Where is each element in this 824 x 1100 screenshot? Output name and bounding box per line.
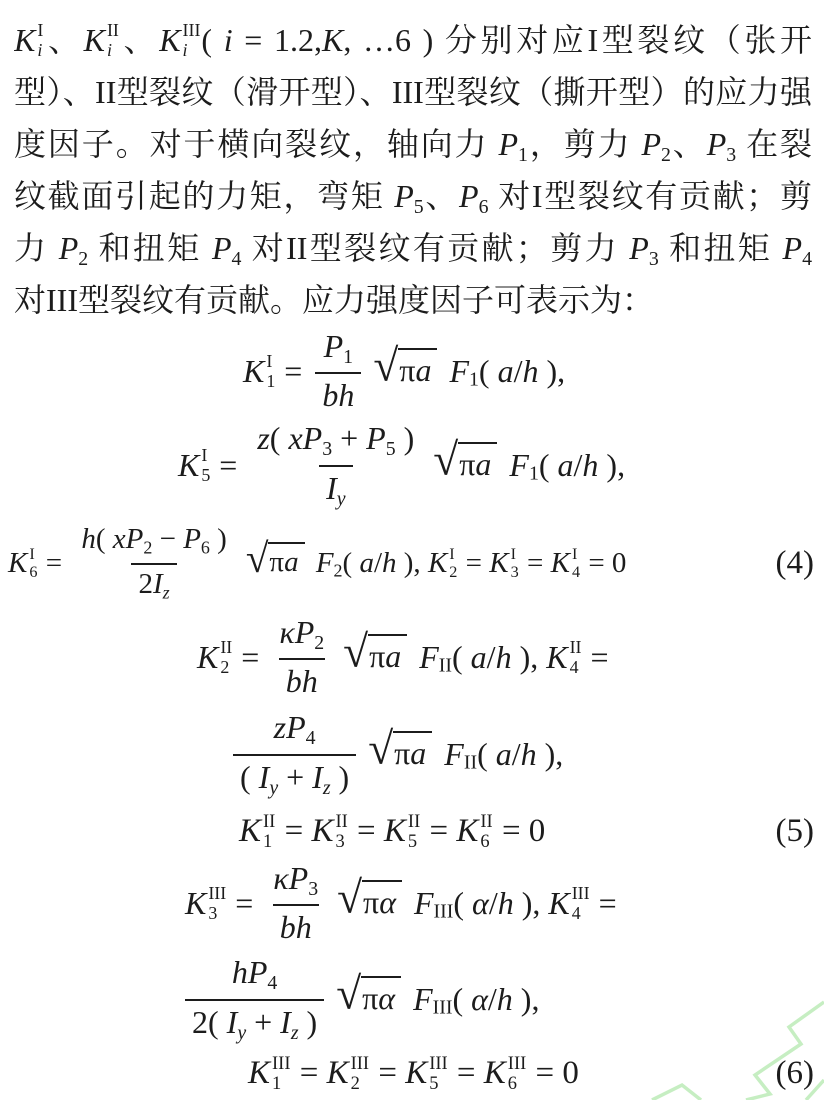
math-text: 2( [192, 1004, 227, 1040]
math-text: ) [210, 523, 227, 555]
math-text: 纹截面引起的力矩，弯矩 [14, 178, 394, 214]
math-text: / [374, 547, 382, 580]
math-base: K [327, 1055, 349, 1092]
math-base: K [548, 885, 569, 922]
math-text: = [583, 639, 617, 676]
equation-number: (4) [776, 545, 814, 582]
math-superscript: III [429, 1054, 447, 1073]
math-text: = [520, 547, 551, 580]
math-superscript: I [572, 546, 577, 563]
math-subscript: 2 [220, 658, 229, 676]
math-subscript: 2 [314, 631, 324, 653]
math-variable: bh [286, 663, 318, 699]
math-script-stack: Ii [37, 21, 43, 59]
math-text: π [394, 735, 410, 771]
math-variable: F [441, 353, 469, 390]
math-variable: P [498, 126, 518, 162]
math-base: K [14, 14, 35, 66]
fraction-denominator: 2( Iy + Iz ) [185, 999, 324, 1045]
equation-K2-II: KII2 = κP2bh√πa FII( a/h ), KII4 = [0, 612, 824, 702]
radical-sign-icon: √ [343, 630, 368, 675]
math-variable: I [259, 759, 270, 795]
math-text: 力 [14, 230, 59, 266]
math-text: ( [343, 547, 360, 580]
math-text: = [458, 547, 489, 580]
fraction-numerator: h( xP2 − P6 ) [74, 523, 233, 562]
math-subscript: 1 [518, 144, 528, 166]
equation-content: KI1 = P1bh√πa F1( a/h ), [243, 328, 565, 415]
math-text: = [591, 885, 625, 922]
math-subscript: z [163, 582, 170, 602]
math-variable: κP [273, 860, 308, 896]
math-text: ( [270, 420, 289, 456]
math-variable: a [385, 638, 401, 674]
math-subscript: 2 [143, 538, 152, 558]
equation-K3-III: KIII3 = κP3bh√πα FIII( α/h ), KIII4 = [0, 856, 824, 950]
math-text: + [246, 1004, 280, 1040]
equation-number: (5) [776, 813, 814, 850]
math-text: 在裂 [736, 126, 812, 162]
math-script-stack: I2 [449, 546, 457, 580]
math-subscript: 2 [449, 564, 457, 581]
math-scripted-symbol: KIII5 [405, 1054, 447, 1093]
math-base: K [428, 547, 447, 580]
fraction-numerator: κP2 [272, 614, 331, 659]
math-base: K [405, 1055, 427, 1092]
math-variable: h [521, 736, 537, 773]
math-superscript: II [335, 812, 347, 831]
math-scripted-symbol: KIIi [84, 14, 119, 66]
math-variable: a [284, 546, 299, 578]
math-variable: α [378, 980, 395, 1016]
radical-sign-icon: √ [337, 876, 362, 921]
math-text: ( [240, 759, 259, 795]
fraction-numerator: κP3 [266, 860, 325, 905]
math-variable: I [312, 759, 323, 795]
radical-sign-icon: √ [336, 972, 361, 1017]
fraction-numerator: P1 [317, 328, 360, 373]
math-superscript: III [183, 21, 201, 39]
math-text: = [291, 1055, 326, 1092]
math-fraction: hP42( Iy + Iz ) [185, 954, 324, 1045]
math-text: = [421, 813, 456, 850]
math-fraction: h( xP2 − P6 )2Iz [74, 523, 233, 603]
equation-K5-I: KI5 = z( xP3 + P5 )Iy√πa F1( a/h ), [0, 416, 824, 514]
math-text: − [152, 523, 183, 555]
math-superscript: II [408, 812, 420, 831]
math-script-stack: I5 [201, 446, 210, 484]
math-fraction: zP4( Iy + Iz ) [233, 709, 356, 800]
math-text: / [512, 736, 521, 773]
fraction-denominator: Iy [319, 465, 352, 511]
paragraph-line: 度因子。对于横向裂纹，轴向力 P1，剪力 P2、P3 在裂 [14, 118, 812, 170]
math-text: ( [452, 981, 471, 1018]
math-subscript: 1 [529, 462, 539, 485]
math-text: ) [331, 759, 350, 795]
math-variable: xP [113, 523, 144, 555]
math-text: 、 [120, 22, 159, 58]
math-variable: κP [279, 614, 314, 650]
math-subscript: II [464, 751, 477, 774]
math-variable: bh [322, 377, 354, 413]
math-subscript: 3 [335, 832, 344, 851]
math-variable: a [498, 353, 514, 390]
math-text: = 0 [581, 547, 626, 580]
math-variable: I [326, 470, 337, 506]
math-text: ), [512, 639, 547, 676]
math-variable: h [522, 353, 538, 390]
math-text: = [276, 813, 311, 850]
equation-KII-zeros: KII1 = KII3 = KII5 = KII6 = 0(5) [0, 806, 824, 856]
math-script-stack: II1 [263, 812, 275, 851]
math-base: K [185, 885, 206, 922]
equation-content: zP4( Iy + Iz )√πa FII( a/h ), [228, 709, 563, 800]
math-superscript: III [272, 1054, 290, 1073]
math-text: ) [396, 420, 415, 456]
math-scripted-symbol: KII5 [384, 812, 420, 851]
math-variable: a [359, 547, 374, 580]
math-subscript: 4 [231, 248, 241, 270]
math-scripted-symbol: KIIIi [159, 14, 200, 66]
math-text: π [459, 446, 475, 482]
math-variable: P [324, 328, 344, 364]
math-text: π [399, 352, 415, 388]
math-text: π [369, 638, 385, 674]
math-subscript: 4 [572, 564, 580, 581]
math-subscript: 5 [201, 466, 210, 484]
math-subscript: z [291, 1021, 299, 1043]
math-variable: P [212, 230, 232, 266]
math-base: K [484, 1055, 506, 1092]
math-text: π [269, 546, 284, 578]
math-variable: α [472, 885, 489, 922]
math-scripted-symbol: KI4 [551, 546, 580, 580]
math-superscript: III [351, 1054, 369, 1073]
math-text: / [489, 885, 498, 922]
math-variable: I [153, 568, 163, 600]
math-base: K [489, 547, 508, 580]
math-text: = 0 [527, 1055, 579, 1092]
fraction-denominator: bh [315, 372, 361, 414]
math-base: K [546, 639, 567, 676]
math-variable: F [309, 547, 334, 580]
math-variable: h [496, 639, 512, 676]
math-subscript: 2 [78, 248, 88, 270]
math-subscript: III [433, 996, 453, 1019]
math-subscript: 2 [661, 144, 671, 166]
math-script-stack: III2 [351, 1054, 369, 1093]
math-subscript: i [37, 41, 42, 59]
equation-number: (6) [776, 1055, 814, 1092]
math-text: = [211, 447, 245, 484]
math-text: ) [299, 1004, 318, 1040]
math-superscript: I [449, 546, 454, 563]
fraction-denominator: bh [273, 904, 319, 946]
paragraph-line: 型）、II型裂纹（滑开型）、III型裂纹（撕开型）的应力强 [14, 66, 812, 118]
math-subscript: 4 [570, 658, 579, 676]
math-scripted-symbol: KI1 [243, 352, 275, 390]
math-subscript: II [439, 654, 452, 677]
math-text: 型）、II型裂纹（滑开型）、III型裂纹（撕开型）的应力强 [14, 74, 812, 110]
math-base: K [243, 353, 264, 390]
equation-content: KIII1 = KIII2 = KIII5 = KIII6 = 0 [248, 1054, 579, 1093]
fraction-denominator: ( Iy + Iz ) [233, 754, 356, 800]
math-superscript: I [37, 21, 43, 39]
math-subscript: y [237, 1021, 246, 1043]
equation-K1-I: KI1 = P1bh√πa F1( a/h ), [0, 326, 824, 416]
math-subscript: 3 [308, 877, 318, 899]
math-superscript: I [266, 352, 272, 370]
math-superscript: II [220, 638, 232, 656]
math-subscript: z [323, 776, 331, 798]
math-text: ), [513, 981, 540, 1018]
math-variable: h [382, 547, 397, 580]
math-variable: F [411, 639, 439, 676]
math-variable: bh [280, 909, 312, 945]
math-base: K [159, 14, 180, 66]
math-subscript: i [183, 41, 188, 59]
math-script-stack: II2 [220, 638, 232, 676]
math-subscript: 1 [266, 372, 275, 390]
math-text: π [363, 884, 379, 920]
math-subscript: 5 [386, 438, 396, 460]
paragraph-line: 纹截面引起的力矩，弯矩 P5、P6 对I型裂纹有贡献；剪 [14, 170, 812, 222]
math-text: ( [201, 22, 223, 58]
math-base: K [84, 14, 105, 66]
math-script-stack: III1 [272, 1054, 290, 1093]
math-script-stack: I1 [266, 352, 275, 390]
math-scripted-symbol: KII4 [546, 638, 581, 676]
math-text: / [574, 447, 583, 484]
math-text: 、 [424, 178, 459, 214]
math-subscript: 1 [469, 368, 479, 391]
math-subscript: 4 [267, 972, 277, 994]
math-text: = [349, 813, 384, 850]
math-base: K [197, 639, 218, 676]
math-superscript: II [480, 812, 492, 831]
math-script-stack: II6 [480, 812, 492, 851]
math-text: 对II型裂纹有贡献；剪力 [241, 230, 629, 266]
math-text: = [449, 1055, 484, 1092]
math-script-stack: II3 [335, 812, 347, 851]
math-scripted-symbol: KI5 [178, 446, 210, 484]
math-subscript: III [434, 900, 454, 923]
math-subscript: y [269, 776, 278, 798]
math-text: , …6 ) 分别对应I型裂纹（张开 [343, 22, 812, 58]
math-variable: hP [232, 954, 268, 990]
math-subscript: 3 [726, 144, 736, 166]
math-script-stack: IIIi [183, 21, 201, 59]
math-subscript: 6 [479, 196, 489, 218]
math-variable: a [415, 352, 431, 388]
math-variable: P [783, 230, 803, 266]
equation-content: KII2 = κP2bh√πa FII( a/h ), KII4 = [197, 614, 617, 701]
radicand: πα [362, 880, 402, 921]
math-subscript: 5 [429, 1074, 438, 1093]
math-text: ), [538, 353, 565, 390]
math-variable: h [81, 523, 96, 555]
math-superscript: II [263, 812, 275, 831]
equation-KIII-zeros: KIII1 = KIII2 = KIII5 = KIII6 = 0(6) [0, 1048, 824, 1098]
math-radical: √πα [337, 880, 402, 925]
radicand: πa [393, 731, 432, 772]
math-scripted-symbol: KII2 [197, 638, 232, 676]
math-text: ), [397, 547, 428, 580]
math-base: K [384, 813, 406, 850]
math-scripted-symbol: KIII2 [327, 1054, 369, 1093]
math-script-stack: III3 [208, 884, 226, 922]
math-scripted-symbol: KI2 [428, 546, 457, 580]
math-subscript: i [107, 41, 112, 59]
radicand: πa [458, 442, 497, 483]
equation-K6-I: KI6 = h( xP2 − P6 )2Iz√πa F2( a/h ), KI2… [0, 514, 824, 612]
math-script-stack: IIi [107, 21, 119, 59]
math-script-stack: I6 [29, 546, 37, 580]
paragraph-line: 力 P2 和扭矩 P4 对II型裂纹有贡献；剪力 P3 和扭矩 P4 [14, 222, 812, 274]
math-text: ( [96, 523, 113, 555]
math-variable: F [501, 447, 529, 484]
radicand: πa [268, 542, 304, 579]
math-scripted-symbol: KIII1 [248, 1054, 290, 1093]
math-variable: α [471, 981, 488, 1018]
math-superscript: I [201, 446, 207, 464]
math-variable: P [394, 178, 414, 214]
math-subscript: 4 [802, 248, 812, 270]
math-scripted-symbol: KI6 [8, 546, 37, 580]
math-text: ( [477, 736, 496, 773]
math-superscript: II [570, 638, 582, 656]
math-scripted-symbol: KII3 [311, 812, 347, 851]
radical-sign-icon: √ [433, 438, 458, 483]
math-superscript: I [511, 546, 516, 563]
equation-K4-III: hP42( Iy + Iz )√πα FIII( α/h ), [0, 950, 824, 1048]
math-base: K [239, 813, 261, 850]
math-text: / [514, 353, 523, 390]
math-text: / [487, 639, 496, 676]
math-variable: α [379, 884, 396, 920]
math-script-stack: II4 [570, 638, 582, 676]
math-variable: h [498, 885, 514, 922]
math-variable: P [629, 230, 649, 266]
math-variable: I [227, 1004, 238, 1040]
math-scripted-symbol: KIi [14, 14, 43, 66]
math-base: K [178, 447, 199, 484]
math-variable: i [224, 22, 233, 58]
paragraph-line: 对III型裂纹有贡献。应力强度因子可表示为： [14, 274, 812, 326]
math-superscript: III [208, 884, 226, 902]
math-text: ( [539, 447, 558, 484]
math-variable: h [497, 981, 513, 1018]
math-variable: P [366, 420, 386, 456]
radical-sign-icon: √ [368, 727, 393, 772]
math-variable: F [436, 736, 464, 773]
math-scripted-symbol: KII6 [456, 812, 492, 851]
radicand: πa [398, 348, 437, 389]
math-variable: a [475, 446, 491, 482]
math-base: K [551, 547, 570, 580]
math-variable: K [322, 22, 343, 58]
paragraph-line: KIi、KIIi、KIIIi( i = 1.2,K, …6 ) 分别对应I型裂纹… [14, 14, 812, 66]
math-script-stack: I3 [511, 546, 519, 580]
fraction-denominator: 2Iz [131, 563, 176, 603]
math-text: 对III型裂纹有贡献。应力强度因子可表示为： [14, 282, 654, 318]
math-subscript: 5 [414, 196, 424, 218]
math-subscript: 4 [572, 904, 581, 922]
math-text: = 1.2, [233, 22, 322, 58]
math-text: 对I型裂纹有贡献；剪 [489, 178, 812, 214]
math-text: = [227, 885, 261, 922]
math-subscript: 2 [334, 560, 343, 581]
math-fraction: z( xP3 + P5 )Iy [250, 420, 421, 511]
math-scripted-symbol: KIII4 [548, 884, 589, 922]
math-text: / [488, 981, 497, 1018]
math-radical: √πa [368, 731, 432, 776]
math-superscript: III [572, 884, 590, 902]
body-paragraph: KIi、KIIi、KIIIi( i = 1.2,K, …6 ) 分别对应I型裂纹… [0, 0, 824, 326]
math-variable: F [406, 885, 434, 922]
math-text: = [370, 1055, 405, 1092]
math-variable: F [405, 981, 433, 1018]
math-subscript: 3 [649, 248, 659, 270]
math-subscript: 3 [511, 564, 519, 581]
math-text: + [332, 420, 366, 456]
math-text: ), [598, 447, 625, 484]
equation-K4-II: zP4( Iy + Iz )√πa FII( a/h ), [0, 702, 824, 806]
math-radical: √πa [343, 634, 407, 679]
equation-content: KII1 = KII3 = KII5 = KII6 = 0 [239, 812, 545, 851]
fraction-numerator: z( xP3 + P5 ) [250, 420, 421, 465]
math-radical: √πa [246, 542, 305, 583]
fraction-numerator: hP4 [225, 954, 284, 999]
math-fraction: κP3bh [266, 860, 325, 947]
math-variable: P [459, 178, 479, 214]
math-fraction: κP2bh [272, 614, 331, 701]
math-variable: I [280, 1004, 291, 1040]
math-variable: a [410, 735, 426, 771]
math-superscript: III [508, 1054, 526, 1073]
fraction-numerator: zP4 [267, 709, 323, 754]
math-script-stack: II5 [408, 812, 420, 851]
math-text: 和扭矩 [88, 230, 212, 266]
math-text: ( [452, 639, 471, 676]
math-base: K [311, 813, 333, 850]
math-radical: √πa [433, 442, 497, 487]
math-variable: P [707, 126, 727, 162]
math-base: K [248, 1055, 270, 1092]
math-script-stack: I4 [572, 546, 580, 580]
math-text: + [278, 759, 312, 795]
equation-content: KI5 = z( xP3 + P5 )Iy√πa F1( a/h ), [178, 420, 625, 511]
math-subscript: 2 [351, 1074, 360, 1093]
math-variable: h [582, 447, 598, 484]
math-script-stack: III5 [429, 1054, 447, 1093]
math-text: = [233, 639, 267, 676]
math-subscript: 3 [208, 904, 217, 922]
math-superscript: I [29, 546, 34, 563]
math-superscript: II [107, 21, 119, 39]
math-variable: z [257, 420, 269, 456]
math-text: ，剪力 [528, 126, 642, 162]
math-scripted-symbol: KII1 [239, 812, 275, 851]
math-text: = [38, 547, 69, 580]
math-scripted-symbol: KI3 [489, 546, 518, 580]
math-subscript: 1 [272, 1074, 281, 1093]
math-variable: zP [274, 709, 306, 745]
math-radical: √πa [373, 348, 437, 393]
radicand: πα [361, 976, 401, 1017]
radical-sign-icon: √ [373, 344, 398, 389]
math-text: 、 [671, 126, 707, 162]
